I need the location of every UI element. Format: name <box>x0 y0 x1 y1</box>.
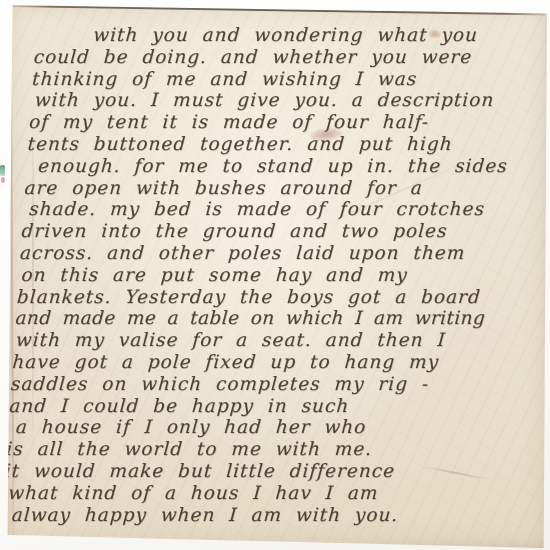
letter-line: on this are put some hay and my <box>18 265 518 287</box>
letter-text: with you and wondering what you could be… <box>1 25 534 526</box>
letter-line: and I could be happy in such <box>9 396 509 418</box>
green-speck <box>0 165 5 176</box>
letter-line: what kind of a hous I hav I am <box>2 483 502 505</box>
scanned-letter: with you and wondering what you could be… <box>0 0 550 550</box>
letter-line: saddles on which completes my rig - <box>10 374 510 396</box>
letter-line: are open with bushes around for a <box>24 178 524 200</box>
letter-line: with you and wondering what you <box>34 25 534 47</box>
letter-line: and made me a table on which I am writin… <box>15 308 515 330</box>
pink-speck <box>1 177 5 183</box>
letter-line: shade. my bed is made of four crotches <box>22 199 522 221</box>
letter-line: have got a pole fixed up to hang my <box>12 352 512 374</box>
letter-line: across. and other poles laid upon them <box>19 243 519 265</box>
letter-line: a house if I only had her who <box>7 417 507 439</box>
letter-line: it would make but little difference <box>4 461 504 483</box>
letter-line: driven into the ground and two poles <box>21 221 521 243</box>
letter-line: with you. I must give you. a description <box>30 90 530 112</box>
letter-line: tents buttoned together. and put high <box>27 134 527 156</box>
letter-line: with my valise for a seat. and then I <box>13 330 513 352</box>
letter-line: enough. for me to stand up in. the sides <box>25 156 525 178</box>
letter-line: of my tent it is made of four half- <box>28 112 528 134</box>
letter-line: is all the world to me with me. <box>6 439 506 461</box>
paper-top-edge <box>10 4 546 15</box>
letter-line: alway happy when I am with you. <box>1 505 501 527</box>
letter-line: could be doing. and whether you were <box>33 47 533 69</box>
letter-line: blankets. Yesterday the boys got a board <box>16 287 516 309</box>
letter-line: thinking of me and wishing I was <box>31 69 531 91</box>
letter-paper: with you and wondering what you could be… <box>6 2 548 548</box>
